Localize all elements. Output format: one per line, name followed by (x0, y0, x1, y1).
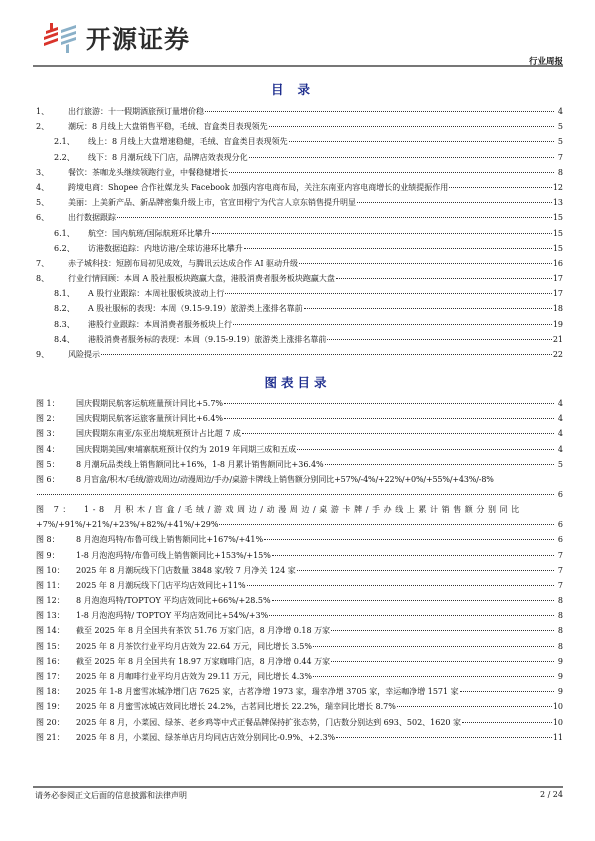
dot-leader (269, 126, 554, 127)
dot-leader (229, 172, 554, 173)
dot-leader (249, 157, 554, 158)
entry-number: 6.1、 (54, 226, 88, 241)
dot-leader (37, 494, 554, 495)
figure-entry[interactable]: 图 12：8 月泡泡玛特/TOPTOY 平均店效同比+66%/+28.5%8 (36, 593, 563, 608)
toc-entry[interactable]: 8.3、港股行业跟踪：本周消费者服务板块上行19 (36, 317, 563, 332)
entry-page-number: 6 (555, 517, 563, 532)
entry-number: 图 21： (36, 730, 76, 745)
dot-leader (297, 570, 554, 571)
entry-title: 8 月泡泡玛特/布鲁可线上销售额同比+167%/+41% (76, 532, 263, 547)
entry-number: 图 9： (36, 548, 76, 563)
entry-title: 跨境电商：Shopee 合作社媒龙头 Facebook 加强内容电商布局，关注东… (68, 180, 448, 195)
dot-leader (269, 615, 554, 616)
entry-page-number: 18 (553, 301, 563, 316)
entry-page-number: 5 (555, 457, 563, 472)
entry-page-number: 11 (553, 730, 563, 745)
toc-entry[interactable]: 2.2、线下：8 月潮玩线下门店，品牌店效表现分化7 (36, 150, 563, 165)
entry-title: 1-8 月泡泡玛特/布鲁可线上销售额同比+153%/+15% (76, 548, 271, 563)
entry-title: 风险提示 (68, 347, 100, 362)
entry-number: 9、 (36, 347, 68, 362)
toc-entry[interactable]: 8.2、A 股社服标的表现：本周（9.15-9.19）旅游类上涨排名靠前18 (36, 301, 563, 316)
entry-title: 2025 年 8 月潮玩线下门店平均店效同比+11% (76, 578, 246, 593)
entry-title: 国庆假期美国/柬埔寨航班预计仅约为 2019 年同期三成和五成 (76, 442, 296, 457)
dot-leader (247, 585, 554, 586)
figure-entry[interactable]: 图 7：1-8 月积木/盲盒/毛绒/游戏周边/动漫周边/桌游卡牌/手办线上累计销… (36, 502, 563, 532)
dot-leader (117, 217, 552, 218)
dot-leader (244, 248, 552, 249)
entry-title: 访港数据追踪：内地访港/全球访港环比攀升 (88, 241, 243, 256)
entry-page-number: 15 (553, 210, 563, 225)
entry-number: 图 13： (36, 608, 76, 623)
figure-entry[interactable]: 图 14：截至 2025 年 8 月全国共有茶饮 51.76 万家门店，8 月净… (36, 623, 563, 638)
entry-page-number: 13 (553, 195, 563, 210)
entry-title: 港股消费者服务标的表现：本周（9.15-9.19）旅游类上涨排名靠前 (88, 332, 326, 347)
entry-number: 图 19： (36, 699, 76, 714)
toc-entry[interactable]: 1、出行旅游：十一假期酒旅预订量增价稳4 (36, 104, 563, 119)
figure-entry[interactable]: 图 11：2025 年 8 月潮玩线下门店平均店效同比+11%7 (36, 578, 563, 593)
entry-page-number: 10 (553, 699, 563, 714)
entry-number: 8.2、 (54, 301, 88, 316)
dot-leader (299, 263, 552, 264)
entry-page-number: 8 (555, 623, 563, 638)
entry-number: 6.2、 (54, 241, 88, 256)
entry-number: 图 14： (36, 623, 76, 638)
entry-page-number: 17 (553, 286, 563, 301)
toc-entry[interactable]: 9、风险提示22 (36, 347, 563, 362)
figure-entry[interactable]: 图 19：2025 年 8 月蜜雪冰城店效同比增长 24.2%，古茗同比增长 2… (36, 699, 563, 714)
entry-title: 2025 年 8 月蜜雪冰城店效同比增长 24.2%，古茗同比增长 22.2%，… (76, 699, 396, 714)
figure-entry[interactable]: 图 10：2025 年 8 月潮玩线下门店数量 3848 家/较 7 月净关 1… (36, 563, 563, 578)
entry-number: 图 6： (36, 472, 76, 487)
page-indicator: 2 / 24 (540, 790, 563, 799)
entry-page-number: 4 (555, 442, 563, 457)
figure-entry[interactable]: 图 17：2025 年 8 月咖啡行业平均月店效为 29.11 万元，同比增长 … (36, 669, 563, 684)
entry-number: 图 10： (36, 563, 76, 578)
dot-leader (304, 308, 552, 309)
toc-entry[interactable]: 8.1、A 股行业跟踪：本周社服板块波动上行17 (36, 286, 563, 301)
dot-leader (297, 449, 554, 450)
entry-page-number: 5 (555, 119, 563, 134)
entry-number: 图 11： (36, 578, 76, 593)
figure-entry[interactable]: 图 18：2025 年 1-8 月蜜雪冰城净增门店 7625 家，古茗净增 19… (36, 684, 563, 699)
toc-entry[interactable]: 5、美丽：上美新产品、新品牌密集升级上市，官宣田栩宁为代言人京东销售提升明显13 (36, 195, 563, 210)
dot-leader (331, 630, 554, 631)
toc-entry[interactable]: 6.2、访港数据追踪：内地访港/全球访港环比攀升15 (36, 241, 563, 256)
toc-entry[interactable]: 7、赤子城科技：短剧布局初见成效，与腾讯云达成合作 AI 驱动升级16 (36, 256, 563, 271)
entry-title: 潮玩：8 月线上大盘销售平稳，毛绒、盲盒类目表现领先 (68, 119, 268, 134)
entry-title: 截至 2025 年 8 月全国共有茶饮 51.76 万家门店，8 月净增 0.1… (76, 623, 330, 638)
dot-leader (449, 187, 552, 188)
entry-title: 出行数据跟踪 (68, 210, 116, 225)
entry-title: 8 月泡泡玛特/TOPTOY 平均店效同比+66%/+28.5% (76, 593, 271, 608)
entry-page-number: 5 (555, 134, 563, 149)
figure-entry[interactable]: 图 3：国庆假期东南亚/东亚出境航班预计占比超 7 成4 (36, 426, 563, 441)
dot-leader (460, 691, 554, 692)
entry-page-number: 7 (555, 150, 563, 165)
entry-page-number: 7 (555, 563, 563, 578)
entry-page-number: 6 (555, 532, 563, 547)
header-divider (33, 65, 563, 67)
entry-number: 8.1、 (54, 286, 88, 301)
entry-title: 国庆假期东南亚/东亚出境航班预计占比超 7 成 (76, 426, 241, 441)
entry-number: 7、 (36, 256, 68, 271)
entry-title: 8 月潮玩品类线上销售额同比+16%，1-8 月累计销售额同比+36.4% (76, 457, 324, 472)
entry-number: 图 3： (36, 426, 76, 441)
entry-number: 图 18： (36, 684, 76, 699)
figure-entry[interactable]: 图 15：2025 年 8 月茶饮行业平均月店效为 22.64 万元，同比增长 … (36, 639, 563, 654)
toc-entry[interactable]: 2、潮玩：8 月线上大盘销售平稳，毛绒、盲盒类目表现领先5 (36, 119, 563, 134)
entry-number: 图 15： (36, 639, 76, 654)
dot-leader (313, 646, 554, 647)
entry-page-number: 17 (553, 271, 563, 286)
entry-page-number: 8 (555, 608, 563, 623)
toc-list: 1、出行旅游：十一假期酒旅预订量增价稳42、潮玩：8 月线上大盘销售平稳，毛绒、… (36, 104, 563, 362)
entry-title: 出行旅游：十一假期酒旅预订量增价稳 (68, 104, 204, 119)
entry-page-number: 15 (553, 226, 563, 241)
entry-number: 4、 (36, 180, 68, 195)
dot-leader (397, 706, 552, 707)
dot-leader (272, 555, 554, 556)
figure-list: 图 1：国庆假期民航客运航班量预计同比+5.7%4图 2：国庆假期民航客运旅客量… (36, 396, 563, 745)
entry-number: 8、 (36, 271, 68, 286)
entry-title: 线下：8 月潮玩线下门店，品牌店效表现分化 (88, 150, 248, 165)
dot-leader (225, 293, 551, 294)
entry-title: 线上：8 月线上大盘增速稳健，毛绒、盲盒类目表现领先 (88, 134, 288, 149)
entry-title: 2025 年 8 月咖啡行业平均月店效为 29.11 万元，同比增长 4.3% (76, 669, 312, 684)
dot-leader (224, 418, 554, 419)
entry-number: 图 20： (36, 715, 76, 730)
dot-leader (233, 324, 552, 325)
toc-entry[interactable]: 2.1、线上：8 月线上大盘增速稳健，毛绒、盲盒类目表现领先5 (36, 134, 563, 149)
entry-title: 8 月盲盒/积木/毛绒/游戏周边/动漫周边/手办/桌游卡牌线上销售额分别同比+5… (76, 472, 494, 487)
entry-number: 2.2、 (54, 150, 88, 165)
entry-title: 美丽：上美新产品、新品牌密集升级上市，官宣田栩宁为代言人京东销售提升明显 (68, 195, 356, 210)
entry-title: 2025 年 8 月，小菜园、绿茶、老乡鸡等中式正餐品牌保持扩张态势，门店数分别… (76, 715, 461, 730)
entry-title: A 股行业跟踪：本周社服板块波动上行 (88, 286, 224, 301)
entry-title: 1-8 月积木/盲盒/毛绒/游戏周边/动漫周边/桌游卡牌/手办线上累计销售额分别… (84, 502, 523, 517)
logo-mark-icon (42, 21, 80, 55)
toc-entry[interactable]: 4、跨境电商：Shopee 合作社媒龙头 Facebook 加强内容电商布局，关… (36, 180, 563, 195)
entry-title: 港股行业跟踪：本周消费者服务板块上行 (88, 317, 232, 332)
dot-leader (242, 433, 554, 434)
entry-title-continued: +7%/+91%/+21%/+23%/+82%/+41%/+29% (36, 517, 218, 532)
entry-title: 行业行情回顾：本周 A 股社服板块跑赢大盘，港股消费者服务板块跑赢大盘 (68, 271, 335, 286)
entry-number: 图 8： (36, 532, 76, 547)
entry-page-number: 15 (553, 241, 563, 256)
entry-title: 国庆假期民航客运航班量预计同比+5.7% (76, 396, 223, 411)
entry-title: 2025 年 8 月，小菜园、绿茶单店月均同店店效分别同比-0.9%、+2.3% (76, 730, 335, 745)
figure-entry[interactable]: 图 4：国庆假期美国/柬埔寨航班预计仅约为 2019 年同期三成和五成4 (36, 442, 563, 457)
legal-disclaimer: 请务必参阅正文后面的信息披露和法律声明 (35, 790, 187, 801)
entry-page-number: 4 (555, 396, 563, 411)
entry-number: 图 7： (36, 502, 84, 517)
company-logo: 开源证券 (42, 18, 190, 58)
dot-leader (219, 524, 554, 525)
brand-name: 开源证券 (86, 20, 190, 56)
figure-entry[interactable]: 图 13：1-8 月泡泡玛特/ TOPTOY 平均店效同比+54%/+3%8 (36, 608, 563, 623)
entry-title: 1-8 月泡泡玛特/ TOPTOY 平均店效同比+54%/+3% (76, 608, 268, 623)
entry-page-number: 4 (555, 426, 563, 441)
entry-number: 3、 (36, 165, 68, 180)
entry-page-number: 9 (555, 684, 563, 699)
toc-entry[interactable]: 8、行业行情回顾：本周 A 股社服板块跑赢大盘，港股消费者服务板块跑赢大盘17 (36, 271, 563, 286)
entry-title: 截至 2025 年 8 月全国共有 18.97 万家咖啡门店，8 月净增 0.4… (76, 654, 330, 669)
figure-entry[interactable]: 图 6：8 月盲盒/积木/毛绒/游戏周边/动漫周边/手办/桌游卡牌线上销售额分别… (36, 472, 563, 502)
dot-leader (101, 354, 552, 355)
entry-number: 图 17： (36, 669, 76, 684)
entry-page-number: 9 (555, 654, 563, 669)
figure-entry[interactable]: 图 21：2025 年 8 月，小菜园、绿茶单店月均同店店效分别同比-0.9%、… (36, 730, 563, 745)
entry-number: 1、 (36, 104, 68, 119)
dot-leader (205, 111, 554, 112)
dot-leader (357, 202, 552, 203)
dot-leader (336, 737, 552, 738)
entry-page-number: 22 (553, 347, 563, 362)
entry-number: 5、 (36, 195, 68, 210)
figures-title: 图表目录 (0, 373, 595, 391)
entry-number: 8.4、 (54, 332, 88, 347)
entry-page-number: 7 (555, 578, 563, 593)
entry-number: 2、 (36, 119, 68, 134)
entry-number: 图 5： (36, 457, 76, 472)
entry-page-number: 8 (555, 165, 563, 180)
figure-entry[interactable]: 图 5：8 月潮玩品类线上销售额同比+16%，1-8 月累计销售额同比+36.4… (36, 457, 563, 472)
footer-divider (33, 786, 563, 788)
entry-page-number: 12 (553, 180, 563, 195)
entry-title: 国庆假期民航客运旅客量预计同比+6.4% (76, 411, 223, 426)
figure-entry[interactable]: 图 1：国庆假期民航客运航班量预计同比+5.7%4 (36, 396, 563, 411)
figure-entry[interactable]: 图 20：2025 年 8 月，小菜园、绿茶、老乡鸡等中式正餐品牌保持扩张态势，… (36, 715, 563, 730)
entry-number: 6、 (36, 210, 68, 225)
figure-entry[interactable]: 图 8：8 月泡泡玛特/布鲁可线上销售额同比+167%/+41%6 (36, 532, 563, 547)
figure-entry[interactable]: 图 2：国庆假期民航客运旅客量预计同比+6.4%4 (36, 411, 563, 426)
entry-number: 图 2： (36, 411, 76, 426)
entry-number: 8.3、 (54, 317, 88, 332)
dot-leader (264, 539, 554, 540)
dot-leader (212, 233, 552, 234)
entry-title: 赤子城科技：短剧布局初见成效，与腾讯云达成合作 AI 驱动升级 (68, 256, 298, 271)
toc-entry[interactable]: 3、餐饮：茶咖龙头继续领跑行业，中餐稳健增长8 (36, 165, 563, 180)
toc-entry[interactable]: 6.1、航空：国内航班/国际航班环比攀升15 (36, 226, 563, 241)
entry-page-number: 8 (555, 639, 563, 654)
entry-title: 航空：国内航班/国际航班环比攀升 (88, 226, 211, 241)
entry-page-number: 10 (553, 715, 563, 730)
entry-title: 2025 年 8 月茶饮行业平均月店效为 22.64 万元，同比增长 3.5% (76, 639, 312, 654)
entry-number: 图 1： (36, 396, 76, 411)
entry-title: 2025 年 8 月潮玩线下门店数量 3848 家/较 7 月净关 124 家 (76, 563, 296, 578)
entry-number: 图 12： (36, 593, 76, 608)
figure-entry[interactable]: 图 16：截至 2025 年 8 月全国共有 18.97 万家咖啡门店，8 月净… (36, 654, 563, 669)
dot-leader (336, 278, 552, 279)
entry-title: 2025 年 1-8 月蜜雪冰城净增门店 7625 家，古茗净增 1973 家，… (76, 684, 459, 699)
entry-number: 图 16： (36, 654, 76, 669)
entry-number: 图 4： (36, 442, 76, 457)
dot-leader (331, 661, 554, 662)
entry-page-number: 4 (555, 104, 563, 119)
entry-title: A 股社服标的表现：本周（9.15-9.19）旅游类上涨排名靠前 (88, 301, 303, 316)
entry-page-number: 9 (555, 669, 563, 684)
dot-leader (289, 141, 554, 142)
figure-entry[interactable]: 图 9：1-8 月泡泡玛特/布鲁可线上销售额同比+153%/+15%7 (36, 548, 563, 563)
entry-page-number: 7 (555, 548, 563, 563)
toc-entry[interactable]: 8.4、港股消费者服务标的表现：本周（9.15-9.19）旅游类上涨排名靠前21 (36, 332, 563, 347)
entry-number: 2.1、 (54, 134, 88, 149)
entry-title: 餐饮：茶咖龙头继续领跑行业，中餐稳健增长 (68, 165, 228, 180)
entry-page-number: 6 (555, 487, 563, 502)
entry-page-number: 4 (555, 411, 563, 426)
dot-leader (327, 339, 551, 340)
dot-leader (272, 600, 554, 601)
entry-page-number: 16 (553, 256, 563, 271)
entry-page-number: 8 (555, 593, 563, 608)
dot-leader (224, 403, 554, 404)
toc-title: 目录 (0, 80, 595, 98)
entry-page-number: 21 (553, 332, 563, 347)
dot-leader (325, 464, 554, 465)
toc-entry[interactable]: 6、出行数据跟踪15 (36, 210, 563, 225)
entry-page-number: 19 (553, 317, 563, 332)
dot-leader (313, 676, 554, 677)
dot-leader (462, 722, 552, 723)
